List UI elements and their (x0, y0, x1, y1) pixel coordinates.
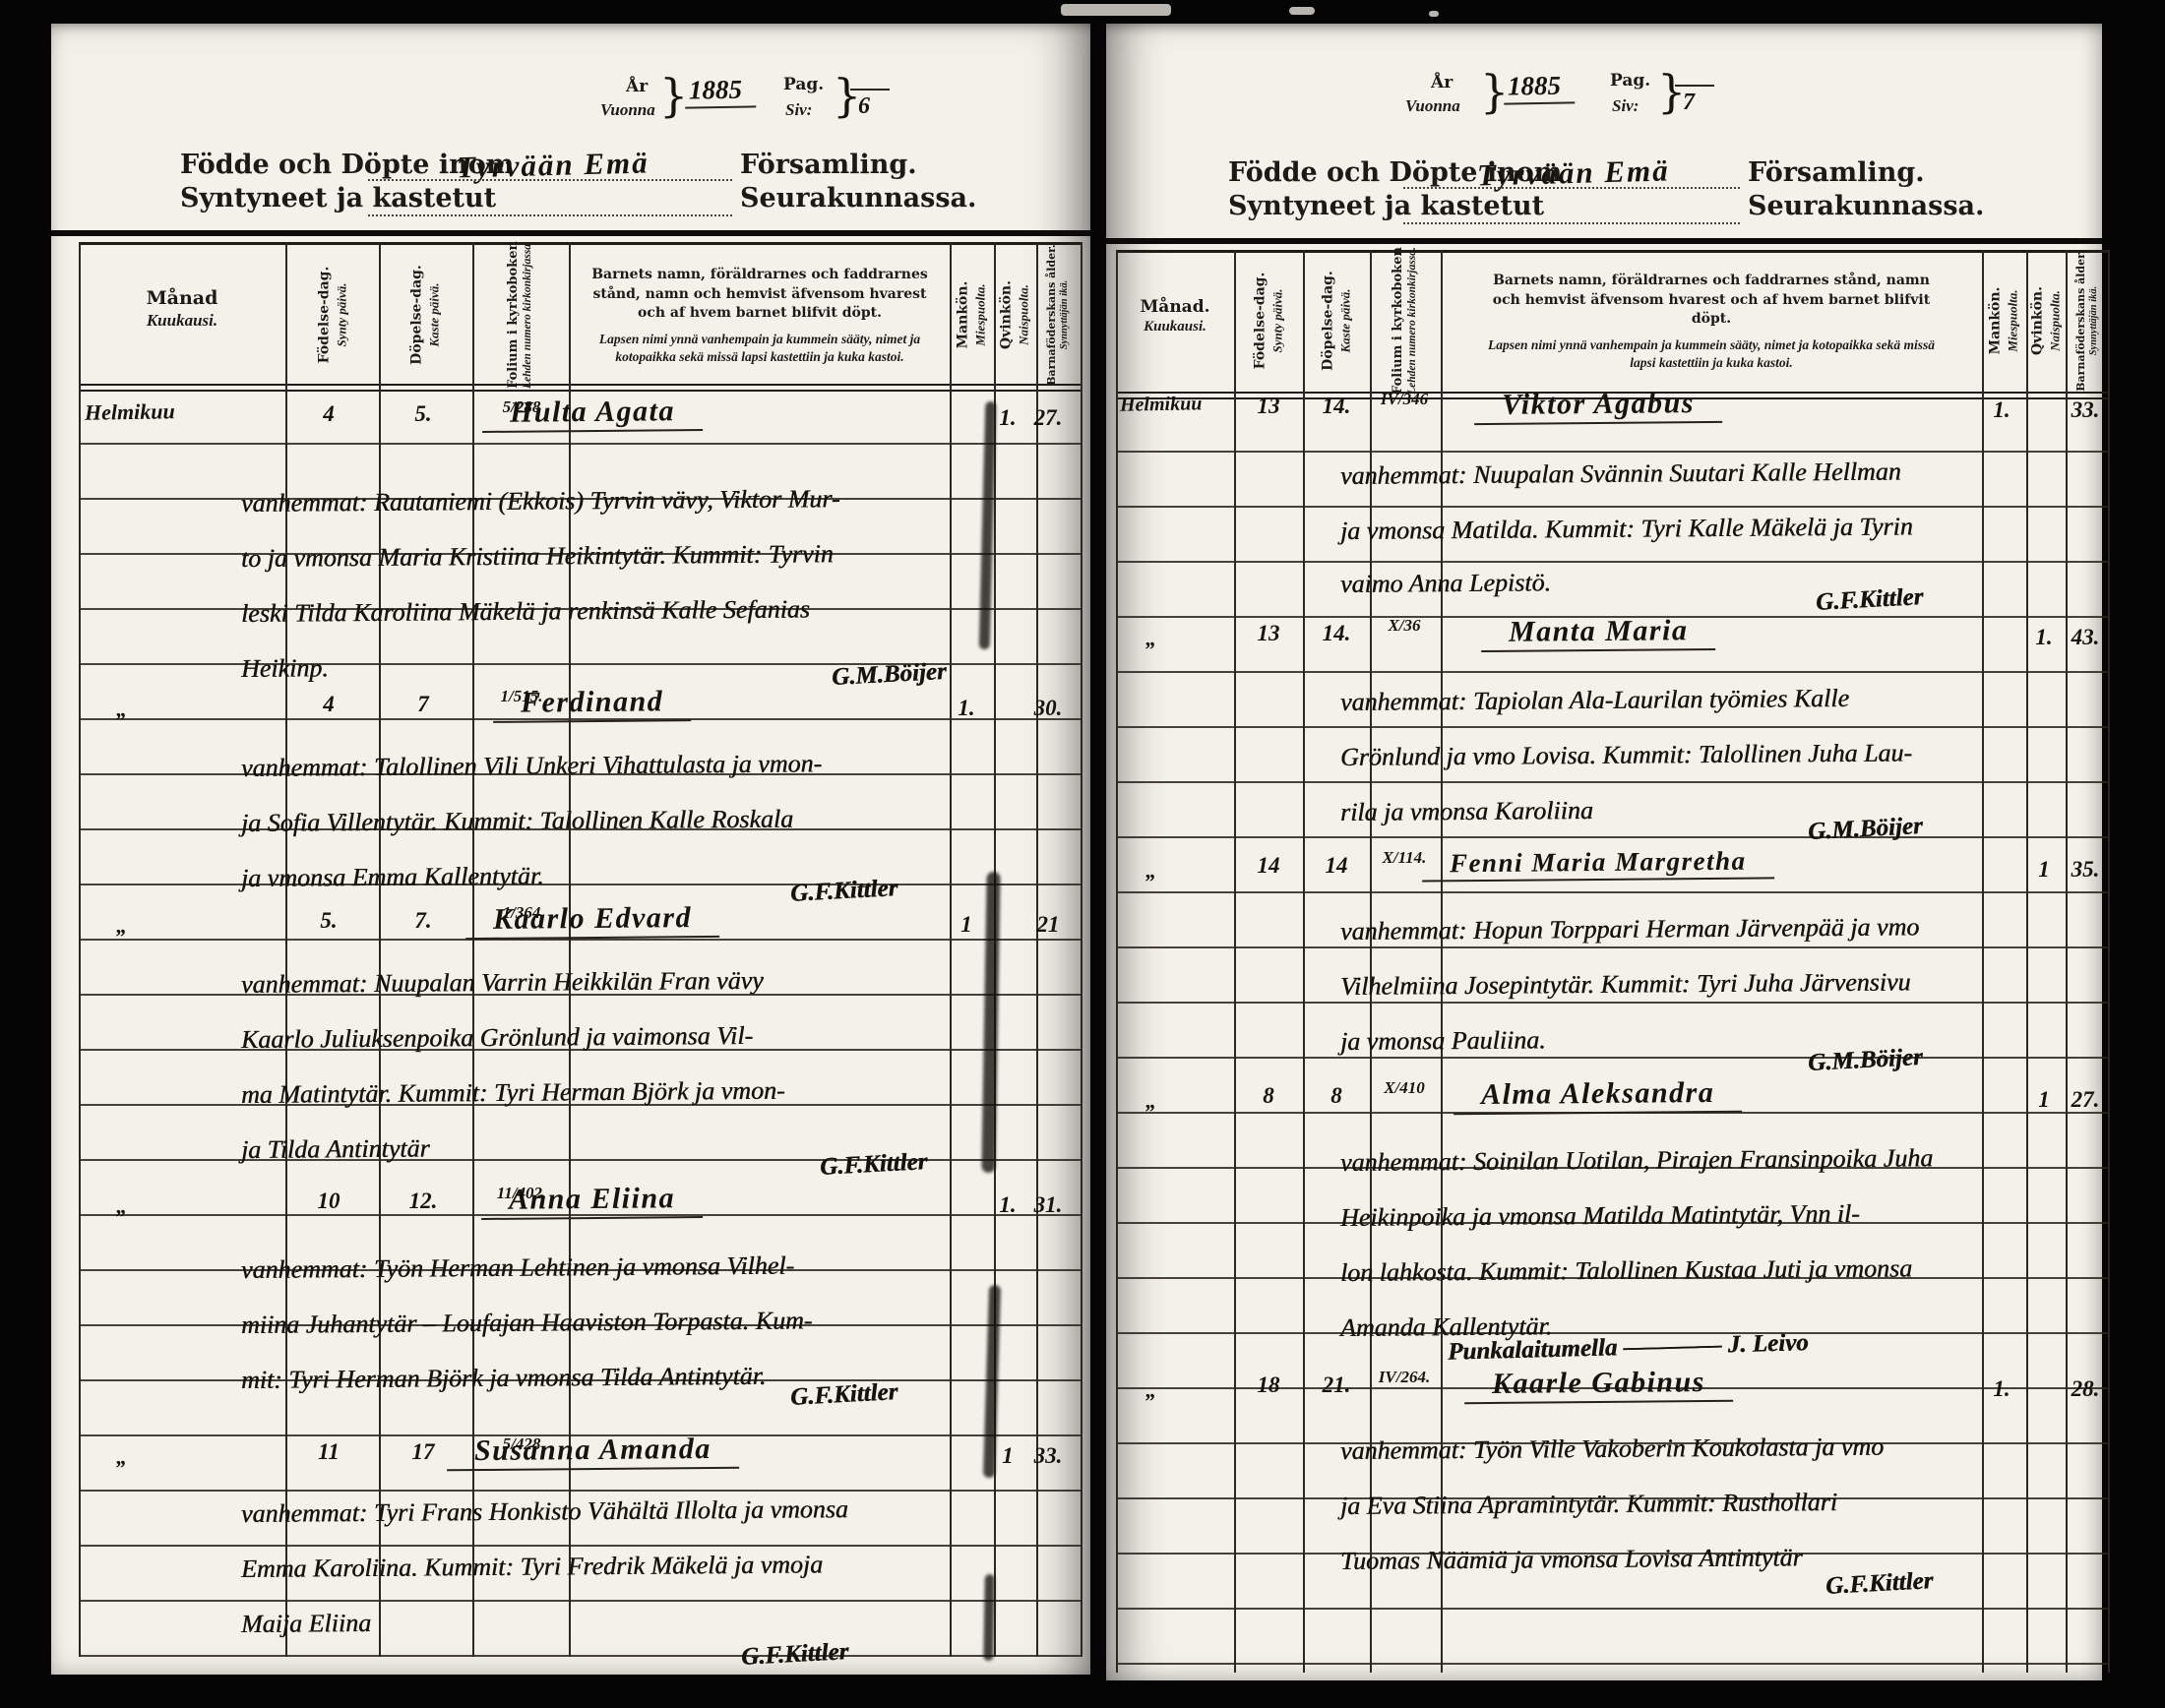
mother-age: 33. (1025, 1443, 1071, 1469)
table-border (2108, 250, 2110, 1673)
record-child-name: Kaarle Gabinus (1463, 1366, 1732, 1404)
binding-shadow (983, 1574, 995, 1661)
record-text-line: ja Eva Stiina Apramintytär. Kummit: Rust… (1340, 1488, 1837, 1521)
record-text-line: Maija Eliina (241, 1609, 371, 1639)
child-name-wrap: Susanna Amanda (366, 1433, 819, 1470)
birth-day: 18 (1239, 1372, 1298, 1398)
record-text-line: Emma Karoliina. Kummit: Tyri Fredrik Mäk… (241, 1550, 823, 1584)
priest-signature: G.F.Kittler (740, 1638, 849, 1672)
record-child-name: Susanna Amanda (446, 1433, 738, 1472)
scan-artifact (1289, 7, 1315, 15)
scanned-parish-register: År Vuonna } 1885 Pag. Siv: } 6 Födde och… (0, 0, 2165, 1708)
left-page: År Vuonna } 1885 Pag. Siv: } 6 Födde och… (51, 24, 1090, 1675)
signature-wrap: G.F.Kittler (464, 1641, 848, 1669)
record-text-line: vanhemmat: Työn Ville Vakoberin Koukolas… (1340, 1433, 1884, 1466)
birth-day: 11 (299, 1439, 358, 1465)
scan-artifact (1061, 4, 1171, 16)
priest-signature: G.F.Kittler (1825, 1567, 1934, 1601)
record-month: „ (116, 1444, 127, 1470)
baptism-day: 21. (1308, 1372, 1365, 1398)
signature-wrap: G.F.Kittler (1578, 1570, 1933, 1598)
mother-age: 28. (2063, 1376, 2108, 1402)
child-name-wrap: Kaarle Gabinus (1382, 1367, 1815, 1403)
record-text-line: vanhemmat: Tyri Frans Honkisto Vähältä I… (241, 1494, 848, 1529)
record-month: „ (1145, 1377, 1156, 1403)
birth-record: „ 11 17 5/428 Susanna Amanda 1 33. vanhe… (51, 24, 1090, 1675)
sex-male-mark: 1. (1980, 1376, 2023, 1402)
birth-record: „ 18 21. IV/264. Kaarle Gabinus 1. 28. v… (1106, 24, 2102, 1680)
scan-artifact (1429, 11, 1439, 17)
right-page: År Vuonna } 1885 Pag. Siv: } 7 Födde och… (1106, 24, 2102, 1680)
